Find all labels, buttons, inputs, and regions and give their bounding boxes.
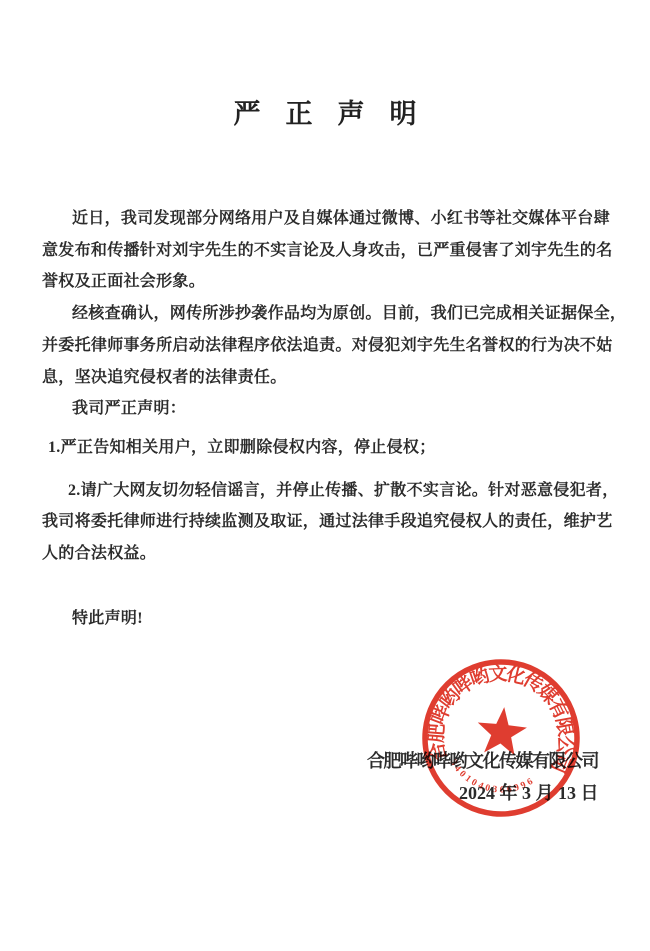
- statement-line: 近日，我司发现部分网络用户及自媒体通过微博、小红书等社交媒体平台肆: [42, 203, 617, 235]
- star-icon: [475, 705, 529, 757]
- statement-line: 并委托律师事务所启动法律程序依法追责。对侵犯刘宇先生名誉权的行为决不姑: [42, 330, 617, 362]
- statement-line: 我司严正声明：: [42, 393, 617, 425]
- statement-line: 人的合法权益。: [42, 538, 617, 570]
- statement-item-1: 1.严正告知相关用户，立即删除侵权内容，停止侵权；: [42, 432, 617, 464]
- statement-closing: 特此声明!: [42, 603, 617, 635]
- statement-line: 息，坚决追究侵权者的法律责任。: [42, 362, 617, 394]
- statement-line: 经核查确认，网传所涉抄袭作品均为原创。目前，我们已完成相关证据保全，: [42, 298, 617, 330]
- statement-item-2: 2.请广大网友切勿轻信谣言，并停止传播、扩散不实言论。针对恶意侵犯者，: [42, 475, 617, 507]
- statement-body: 近日，我司发现部分网络用户及自媒体通过微博、小红书等社交媒体平台肆 意发布和传播…: [42, 203, 617, 634]
- seal-code: 3401040366996: [445, 757, 537, 799]
- company-seal: 合肥哔哟哔哟文化传媒有限公司 3401040366996: [413, 650, 589, 826]
- statement-line: 意发布和传播针对刘宇先生的不实言论及人身攻击，已严重侵害了刘宇先生的名: [42, 235, 617, 267]
- statement-line: 我司将委托律师进行持续监测及取证，通过法律手段追究侵权人的责任，维护艺: [42, 506, 617, 538]
- statement-document: 严正声明 近日，我司发现部分网络用户及自媒体通过微博、小红书等社交媒体平台肆 意…: [0, 0, 650, 951]
- statement-line: 誉权及正面社会形象。: [42, 266, 617, 298]
- statement-title: 严正声明: [0, 92, 650, 131]
